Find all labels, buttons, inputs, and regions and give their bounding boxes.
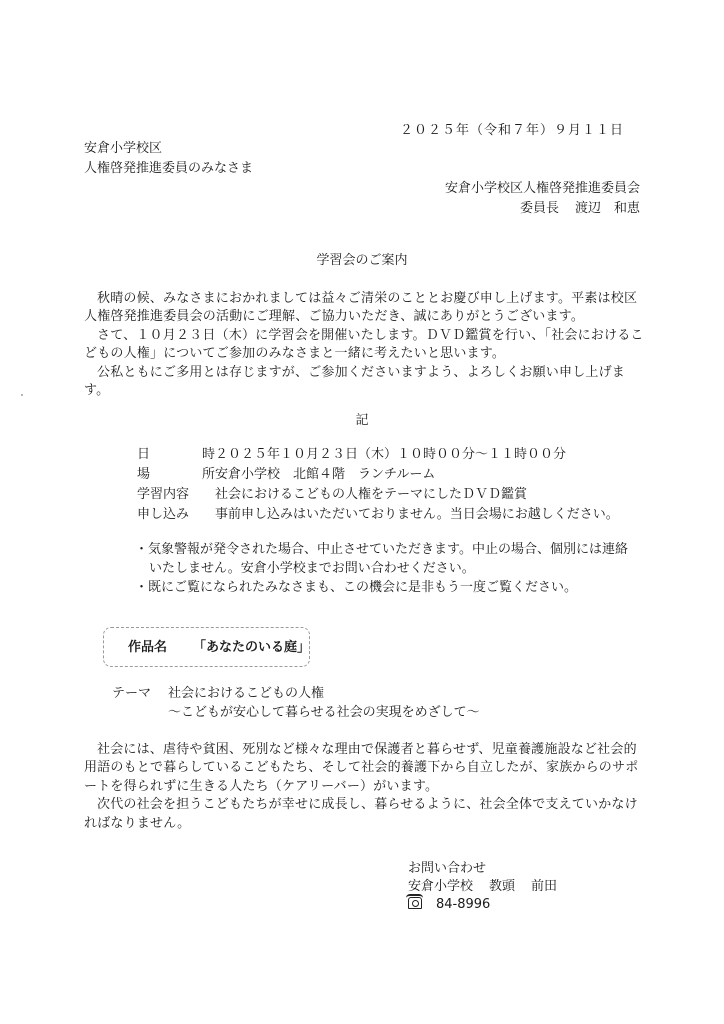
body-paragraph: 次代の社会を担うこどもたちが幸せに成長し、暮らせるように、社会全体で支えていかな…: [84, 796, 644, 833]
detail-row-application: 申し込み 事前申し込みはいただいておりません。当日会場にお越しください。: [137, 505, 619, 525]
contact-role: 教頭: [489, 879, 515, 894]
body-paragraph: 社会には、虐待や貧困、死別など様々な理由で保護者と暮らせず、児童養護施設など社会…: [84, 741, 644, 796]
sender-title: 委員長: [520, 201, 559, 216]
sender-organization: 安倉小学校区人権啓発推進委員会: [445, 180, 640, 200]
detail-value: 安倉小学校 北館４階 ランチルーム: [215, 466, 435, 484]
work-label: 作品名: [128, 640, 167, 655]
contact-name: 前田: [531, 879, 557, 894]
detail-value: 事前申し込みはいただいておりません。当日会場にお越しください。: [215, 506, 619, 524]
detail-row-content: 学習内容 社会におけるこどもの人権をテーマにしたＤＶＤ鑑賞: [137, 485, 619, 505]
theme-subtitle: ～こどもが安心して暮らせる社会の実現をめざして～: [168, 704, 480, 723]
contact-person: 安倉小学校教頭前田: [408, 878, 557, 896]
detail-value: 社会におけるこどもの人権をテーマにしたＤＶＤ鑑賞: [215, 486, 527, 504]
detail-label: 日 時: [137, 446, 215, 464]
theme-main: 社会におけるこどもの人権: [168, 685, 324, 704]
contact-school: 安倉小学校: [408, 879, 473, 894]
detail-value: ２０２５年１０月２３日（木）１０時００分～１１時００分: [215, 446, 566, 464]
event-details: 日 時 ２０２５年１０月２３日（木）１０時００分～１１時００分 場 所 安倉小学…: [137, 445, 619, 525]
body-section: 社会には、虐待や貧困、死別など様々な理由で保護者と暮らせず、児童養護施設など社会…: [84, 741, 644, 833]
document-date: ２０２５年（令和７年）９月１１日: [400, 122, 624, 140]
recipient-block: 安倉小学校区 人権啓発推進委員のみなさま: [84, 140, 253, 180]
theme-label: テーマ: [112, 685, 168, 704]
detail-label: 申し込み: [137, 506, 215, 524]
work-title-box: 作品名「あなたのいる庭」: [103, 627, 310, 667]
note-item: ・気象警報が発令された場合、中止させていただきます。中止の場合、個別には連絡いた…: [135, 540, 635, 578]
telephone-icon: [408, 897, 422, 909]
work-title: 「あなたのいる庭」: [193, 640, 310, 655]
contact-block: お問い合わせ 安倉小学校教頭前田 84-8996: [408, 860, 557, 914]
theme-block: テーマ 社会におけるこどもの人権 ～こどもが安心して暮らせる社会の実現をめざして…: [112, 685, 480, 723]
recipient-line: 人権啓発推進委員のみなさま: [84, 160, 253, 180]
detail-label: 場 所: [137, 466, 215, 484]
detail-label: 学習内容: [137, 486, 215, 504]
contact-phone: 84-8996: [436, 897, 490, 912]
detail-row-datetime: 日 時 ２０２５年１０月２３日（木）１０時００分～１１時００分: [137, 445, 619, 465]
document-title: 学習会のご案内: [0, 252, 724, 270]
detail-row-location: 場 所 安倉小学校 北館４階 ランチルーム: [137, 465, 619, 485]
intro-paragraph: 秋晴の候、みなさまにおかれましては益々ご清栄のこととお慶び申し上げます。平素は校…: [84, 290, 644, 327]
sender-block: 安倉小学校区人権啓発推進委員会 委員長渡辺 和恵: [445, 180, 640, 220]
scan-artifact: [21, 394, 23, 396]
intro-section: 秋晴の候、みなさまにおかれましては益々ご清栄のこととお慶び申し上げます。平素は校…: [84, 290, 644, 400]
contact-phone-row: 84-8996: [408, 896, 557, 914]
intro-paragraph: 公私ともにご多用とは存じますが、ご参加くださいますよう、よろしくお願い申し上げま…: [84, 364, 644, 401]
sender-signature: 委員長渡辺 和恵: [445, 200, 640, 220]
contact-heading: お問い合わせ: [408, 860, 557, 878]
intro-paragraph: さて、１０月２３日（木）に学習会を開催いたします。ＤＶＤ鑑賞を行い、「社会におけ…: [84, 327, 644, 364]
sender-name: 渡辺 和恵: [575, 201, 640, 216]
recipient-line: 安倉小学校区: [84, 140, 253, 160]
note-item: ・既にご覧になられたみなさまも、この機会に是非もう一度ご覧ください。: [135, 578, 635, 597]
notes-list: ・気象警報が発令された場合、中止させていただきます。中止の場合、個別には連絡いた…: [135, 540, 635, 597]
ki-heading: 記: [0, 412, 724, 430]
